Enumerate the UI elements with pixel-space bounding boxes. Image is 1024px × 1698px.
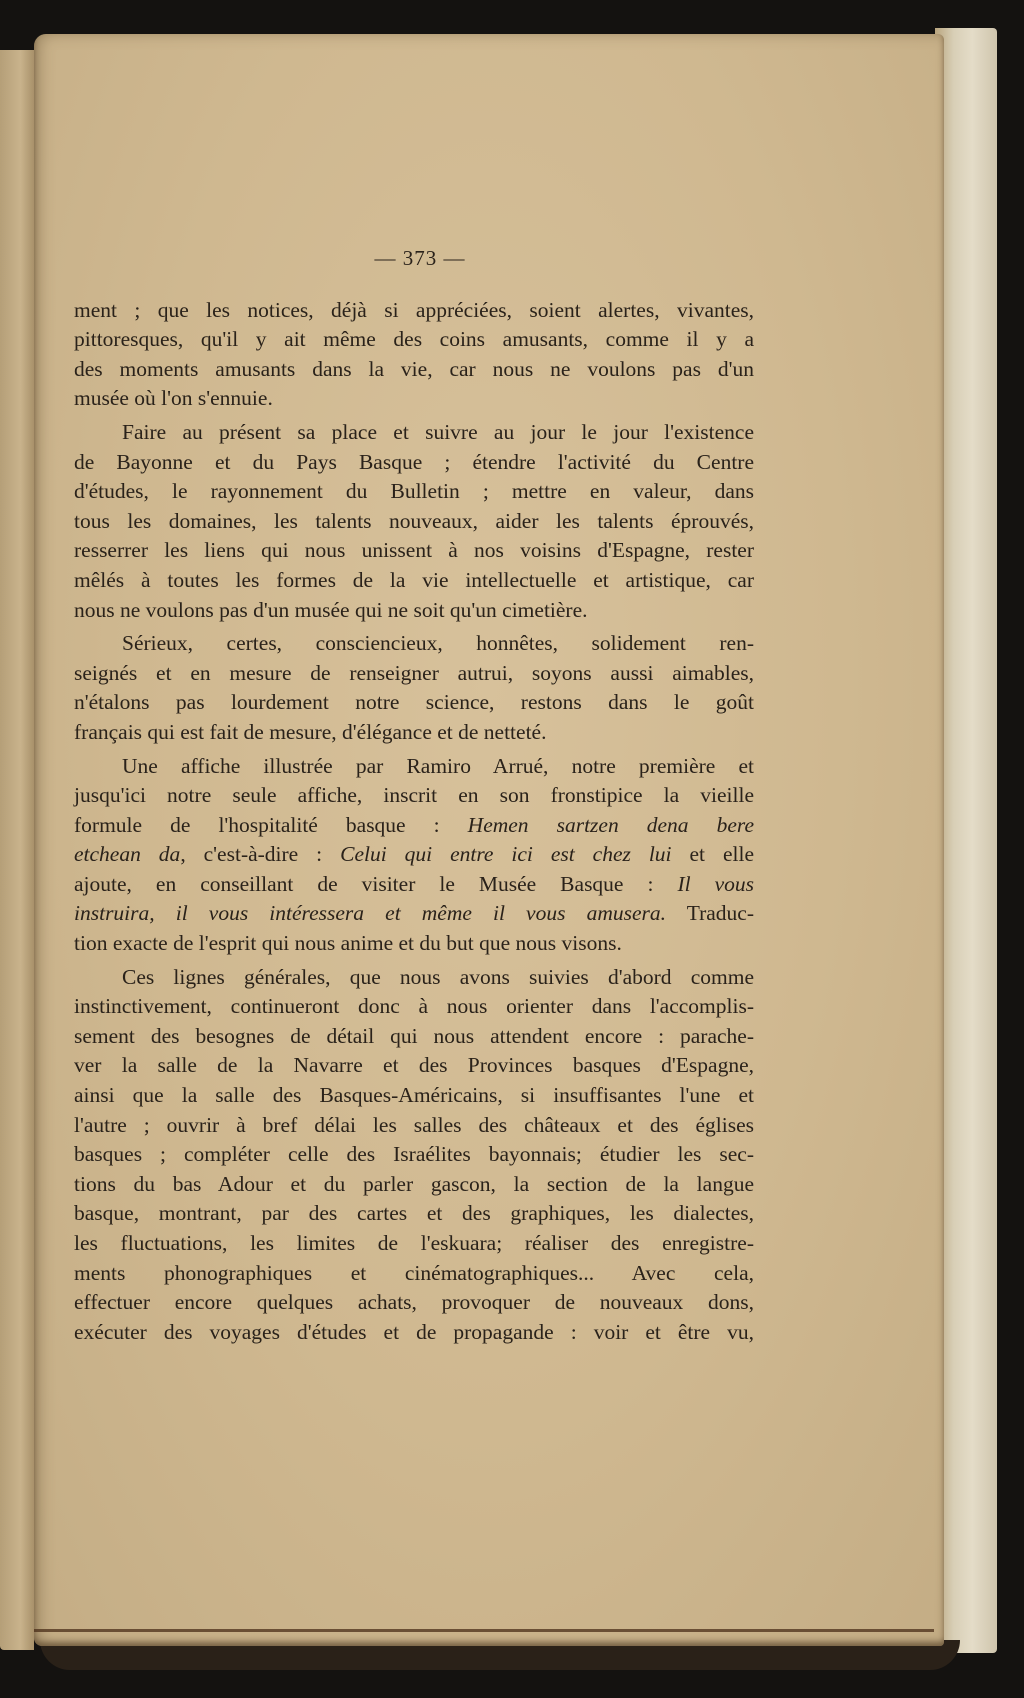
text-line: de Bayonne et du Pays Basque ; étendre l… <box>74 448 754 478</box>
text-line: ver la salle de la Navarre et des Provin… <box>74 1051 754 1081</box>
text-line: instinctivement, continueront donc à nou… <box>74 992 754 1022</box>
paragraph-1: ment ; que les notices, déjà si apprécié… <box>74 296 754 414</box>
facing-page-edge <box>0 50 34 1650</box>
paragraph-5: Ces lignes générales, que nous avons sui… <box>74 963 754 1348</box>
text-line: Sérieux, certes, consciencieux, honnêtes… <box>74 629 754 659</box>
text-line: seignés et en mesure de renseigner autru… <box>74 659 754 689</box>
text-line: musée où l'on s'ennuie. <box>74 384 754 414</box>
text-line: exécuter des voyages d'études et de prop… <box>74 1318 754 1348</box>
text-line: ment ; que les notices, déjà si apprécié… <box>74 296 754 326</box>
text-line: tions du bas Adour et du parler gascon, … <box>74 1170 754 1200</box>
text-segment: formule de l'hospitalité basque : <box>74 813 468 837</box>
text-line: pittoresques, qu'il y ait même des coins… <box>74 325 754 355</box>
text-line: effectuer encore quelques achats, provoq… <box>74 1288 754 1318</box>
text-line: n'étalons pas lourdement notre science, … <box>74 688 754 718</box>
text-line: tion exacte de l'esprit qui nous anime e… <box>74 929 754 959</box>
text-line: ments phonographiques et cinématographiq… <box>74 1259 754 1289</box>
basque-motto-italic-end: etchean da <box>74 842 180 866</box>
text-line: etchean da, c'est-à-dire : Celui qui ent… <box>74 840 754 870</box>
text-line: les fluctuations, les limites de l'eskua… <box>74 1229 754 1259</box>
paragraph-2: Faire au présent sa place et suivre au j… <box>74 418 754 625</box>
text-segment: ajoute, en conseillant de visiter le Mus… <box>74 872 677 896</box>
page-text: — 373 — ment ; que les notices, déjà si … <box>74 244 754 1351</box>
text-segment: et elle <box>672 842 754 866</box>
text-line: ajoute, en conseillant de visiter le Mus… <box>74 870 754 900</box>
text-line: basque, montrant, par des cartes et des … <box>74 1199 754 1229</box>
text-line: d'études, le rayonnement du Bulletin ; m… <box>74 477 754 507</box>
text-line: formule de l'hospitalité basque : Hemen … <box>74 811 754 841</box>
page-number: — 373 — <box>74 244 754 274</box>
text-line: instruira, il vous intéressera et même i… <box>74 899 754 929</box>
poster-slogan-italic-end: instruira, il vous intéressera et même i… <box>74 901 666 925</box>
text-line: français qui est fait de mesure, d'éléga… <box>74 718 754 748</box>
text-line: Ces lignes générales, que nous avons sui… <box>74 963 754 993</box>
basque-motto-italic: Hemen sartzen dena bere <box>468 813 754 837</box>
text-line: ainsi que la salle des Basques-Américain… <box>74 1081 754 1111</box>
text-line: sement des besognes de détail qui nous a… <box>74 1022 754 1052</box>
text-segment: Traduc- <box>666 901 754 925</box>
text-line: l'autre ; ouvrir à bref délai les salles… <box>74 1111 754 1141</box>
text-line: tous les domaines, les talents nouveaux,… <box>74 507 754 537</box>
text-line: jusqu'ici notre seule affiche, inscrit e… <box>74 781 754 811</box>
poster-slogan-italic: Il vous <box>677 872 754 896</box>
text-line: Faire au présent sa place et suivre au j… <box>74 418 754 448</box>
text-line: resserrer les liens qui nous unissent à … <box>74 536 754 566</box>
motto-translation-italic: Celui qui entre ici est chez lui <box>340 842 671 866</box>
text-line: basques ; compléter celle des Israélites… <box>74 1140 754 1170</box>
text-line: nous ne voulons pas d'un musée qui ne so… <box>74 596 754 626</box>
text-line: des moments amusants dans la vie, car no… <box>74 355 754 385</box>
paragraph-4: Une affiche illustrée par Ramiro Arrué, … <box>74 752 754 959</box>
text-segment: , c'est-à-dire : <box>180 842 340 866</box>
book-page: — 373 — ment ; que les notices, déjà si … <box>34 34 944 1646</box>
text-line: mêlés à toutes les formes de la vie inte… <box>74 566 754 596</box>
text-line: Une affiche illustrée par Ramiro Arrué, … <box>74 752 754 782</box>
back-pages-edge <box>935 28 997 1653</box>
paragraph-3: Sérieux, certes, consciencieux, honnêtes… <box>74 629 754 747</box>
